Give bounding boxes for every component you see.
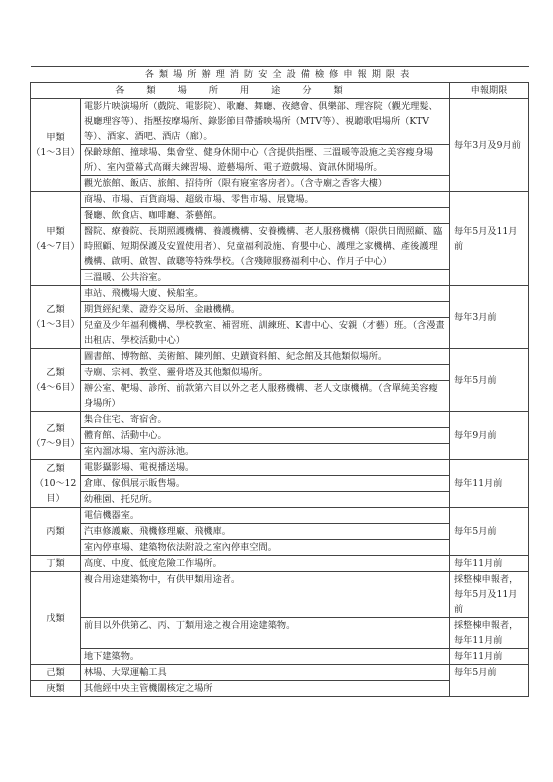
deadline-cell: 採整棟申報者，每年5月及11月前 <box>450 572 529 618</box>
header-usage: 各類場所用途分類 <box>31 83 450 99</box>
deadline-cell: 每年5月前 <box>450 349 529 412</box>
table-row: 戊類複合用途建築物中，有供甲類用途者。採整棟申報者，每年5月及11月前 <box>31 572 529 618</box>
category-cell: 乙類（1～3目） <box>31 286 81 349</box>
deadline-cell: 每年3月及9月前 <box>450 99 529 192</box>
usage-cell: 汽車修護廠、飛機修理廠、飛機庫。 <box>81 524 450 540</box>
usage-cell: 體育館、活動中心。 <box>81 428 450 444</box>
table-row: 甲類（4～7目）商場、市場、百貨商場、超級市場、零售市場、展覽場。每年5月及11… <box>31 192 529 208</box>
usage-cell: 室內停車場、建築物依法附設之室內停車空間。 <box>81 540 450 556</box>
deadline-cell: 每年5月前 <box>450 508 529 556</box>
deadline-cell: 每年9月前 <box>450 412 529 460</box>
category-range: （10～12目） <box>31 476 80 506</box>
table-row: 己類林場、大眾運輸工具每年5月前 <box>31 665 529 681</box>
usage-cell: 其他經中央主管機關核定之場所 <box>81 681 450 697</box>
usage-cell: 觀光旅館、飯店、旅館、招待所（限有寢室客房者）。（含寺廟之香客大樓） <box>81 176 450 192</box>
usage-cell: 電信機器室。 <box>81 508 450 524</box>
category-cell: 乙類（10～12目） <box>31 460 81 508</box>
usage-cell: 集合住宅、寄宿舍。 <box>81 412 450 428</box>
category-cell: 乙類（7～9目） <box>31 412 81 460</box>
usage-cell: 電影片映演場所（戲院、電影院）、歌廳、舞廳、夜總會、俱樂部、理容院（觀光理髮、視… <box>81 99 450 145</box>
usage-cell: 車站、飛機場大廈、候船室。 <box>81 286 450 302</box>
category-range: （1～3目） <box>31 145 80 160</box>
deadline-cell: 每年11月前 <box>450 649 529 665</box>
category-cell: 丙類 <box>31 508 81 556</box>
inspection-deadline-table: 各類場所辦理消防安全設備檢修申報期限表 各類場所用途分類 申報期限 甲類（1～3… <box>30 66 529 697</box>
table-row: 乙類（4～6目）圖書館、博物館、美術館、陳列館、史蹟資料館、紀念館及其他類似場所… <box>31 349 529 365</box>
table-row: 地下建築物。每年11月前 <box>31 649 529 665</box>
usage-cell: 圖書館、博物館、美術館、陳列館、史蹟資料館、紀念館及其他類似場所。 <box>81 349 450 365</box>
usage-cell: 兒童及少年福利機構、學校教室、補習班、訓練班、K書中心、安親（才藝）班。（含漫畫… <box>81 318 450 349</box>
usage-cell: 醫院、療養院、長期照護機構、養護機構、安養機構、老人服務機構（限供日間照顧、臨時… <box>81 224 450 270</box>
category-name: 甲類 <box>31 130 80 145</box>
table-row: 乙類（1～3目）車站、飛機場大廈、候船室。每年3月前 <box>31 286 529 302</box>
usage-cell: 期貨經紀業、證券交易所、金融機構。 <box>81 302 450 318</box>
usage-cell: 辦公室、靶場、診所、前款第六目以外之老人服務機構、老人文康機構。（含單純美容瘦身… <box>81 381 450 412</box>
category-name: 丙類 <box>31 524 80 539</box>
category-name: 己類 <box>31 665 80 680</box>
category-cell: 乙類（4～6目） <box>31 349 81 412</box>
usage-cell: 室內溜冰場、室內游泳池。 <box>81 444 450 460</box>
usage-cell: 保齡球館、撞球場、集會堂、健身休閒中心（含提供指壓、三溫暖等設施之美容瘦身場所）… <box>81 145 450 176</box>
deadline-cell: 每年3月前 <box>450 286 529 349</box>
category-cell: 庚類 <box>31 681 81 697</box>
category-range: （1～3目） <box>31 317 80 332</box>
category-name: 乙類 <box>31 365 80 380</box>
category-range: （7～9目） <box>31 436 80 451</box>
deadline-cell: 採整棟申報者，每年11月前 <box>450 618 529 649</box>
category-cell: 丁類 <box>31 556 81 572</box>
table-row: 乙類（10～12目）電影攝影場、電視播送場。每年11月前 <box>31 460 529 476</box>
category-range: （4～6目） <box>31 380 80 395</box>
category-name: 乙類 <box>31 461 80 476</box>
deadline-cell: 每年11月前 <box>450 556 529 572</box>
deadline-cell: 每年5月及11月前 <box>450 192 529 286</box>
deadline-cell: 每年5月前 <box>450 665 529 697</box>
category-name: 丁類 <box>31 556 80 571</box>
category-cell: 甲類（1～3目） <box>31 99 81 192</box>
usage-cell: 電影攝影場、電視播送場。 <box>81 460 450 476</box>
usage-cell: 高度、中度、低度危險工作場所。 <box>81 556 450 572</box>
usage-cell: 地下建築物。 <box>81 649 450 665</box>
usage-cell: 商場、市場、百貨商場、超級市場、零售市場、展覽場。 <box>81 192 450 208</box>
header-deadline: 申報期限 <box>450 83 529 99</box>
table-row: 丙類電信機器室。每年5月前 <box>31 508 529 524</box>
usage-cell: 倉庫、傢俱展示販售場。 <box>81 476 450 492</box>
category-cell: 己類 <box>31 665 81 681</box>
category-cell: 甲類（4～7目） <box>31 192 81 286</box>
category-range: （4～7目） <box>31 239 80 254</box>
usage-cell: 幼稚園、托兒所。 <box>81 492 450 508</box>
header-row: 各類場所用途分類 申報期限 <box>31 83 529 99</box>
usage-cell: 前目以外供第乙、丙、丁類用途之複合用途建築物。 <box>81 618 450 649</box>
category-cell: 戊類 <box>31 572 81 665</box>
usage-cell: 林場、大眾運輸工具 <box>81 665 450 681</box>
table-row: 乙類（7～9目）集合住宅、寄宿舍。每年9月前 <box>31 412 529 428</box>
table-row: 丁類高度、中度、低度危險工作場所。每年11月前 <box>31 556 529 572</box>
category-name: 乙類 <box>31 302 80 317</box>
title-row: 各類場所辦理消防安全設備檢修申報期限表 <box>31 67 529 83</box>
category-name: 戊類 <box>31 611 80 626</box>
deadline-cell: 每年11月前 <box>450 460 529 508</box>
usage-cell: 餐廳、飲食店、咖啡廳、茶藝館。 <box>81 208 450 224</box>
category-name: 甲類 <box>31 224 80 239</box>
category-name: 乙類 <box>31 421 80 436</box>
category-name: 庚類 <box>31 681 80 696</box>
usage-cell: 複合用途建築物中，有供甲類用途者。 <box>81 572 450 618</box>
table-row: 前目以外供第乙、丙、丁類用途之複合用途建築物。採整棟申報者，每年11月前 <box>31 618 529 649</box>
table-row: 甲類（1～3目）電影片映演場所（戲院、電影院）、歌廳、舞廳、夜總會、俱樂部、理容… <box>31 99 529 145</box>
table-title: 各類場所辦理消防安全設備檢修申報期限表 <box>31 67 529 83</box>
usage-cell: 三溫暖、公共浴室。 <box>81 270 450 286</box>
usage-cell: 寺廟、宗祠、教堂、靈骨塔及其他類似場所。 <box>81 365 450 381</box>
